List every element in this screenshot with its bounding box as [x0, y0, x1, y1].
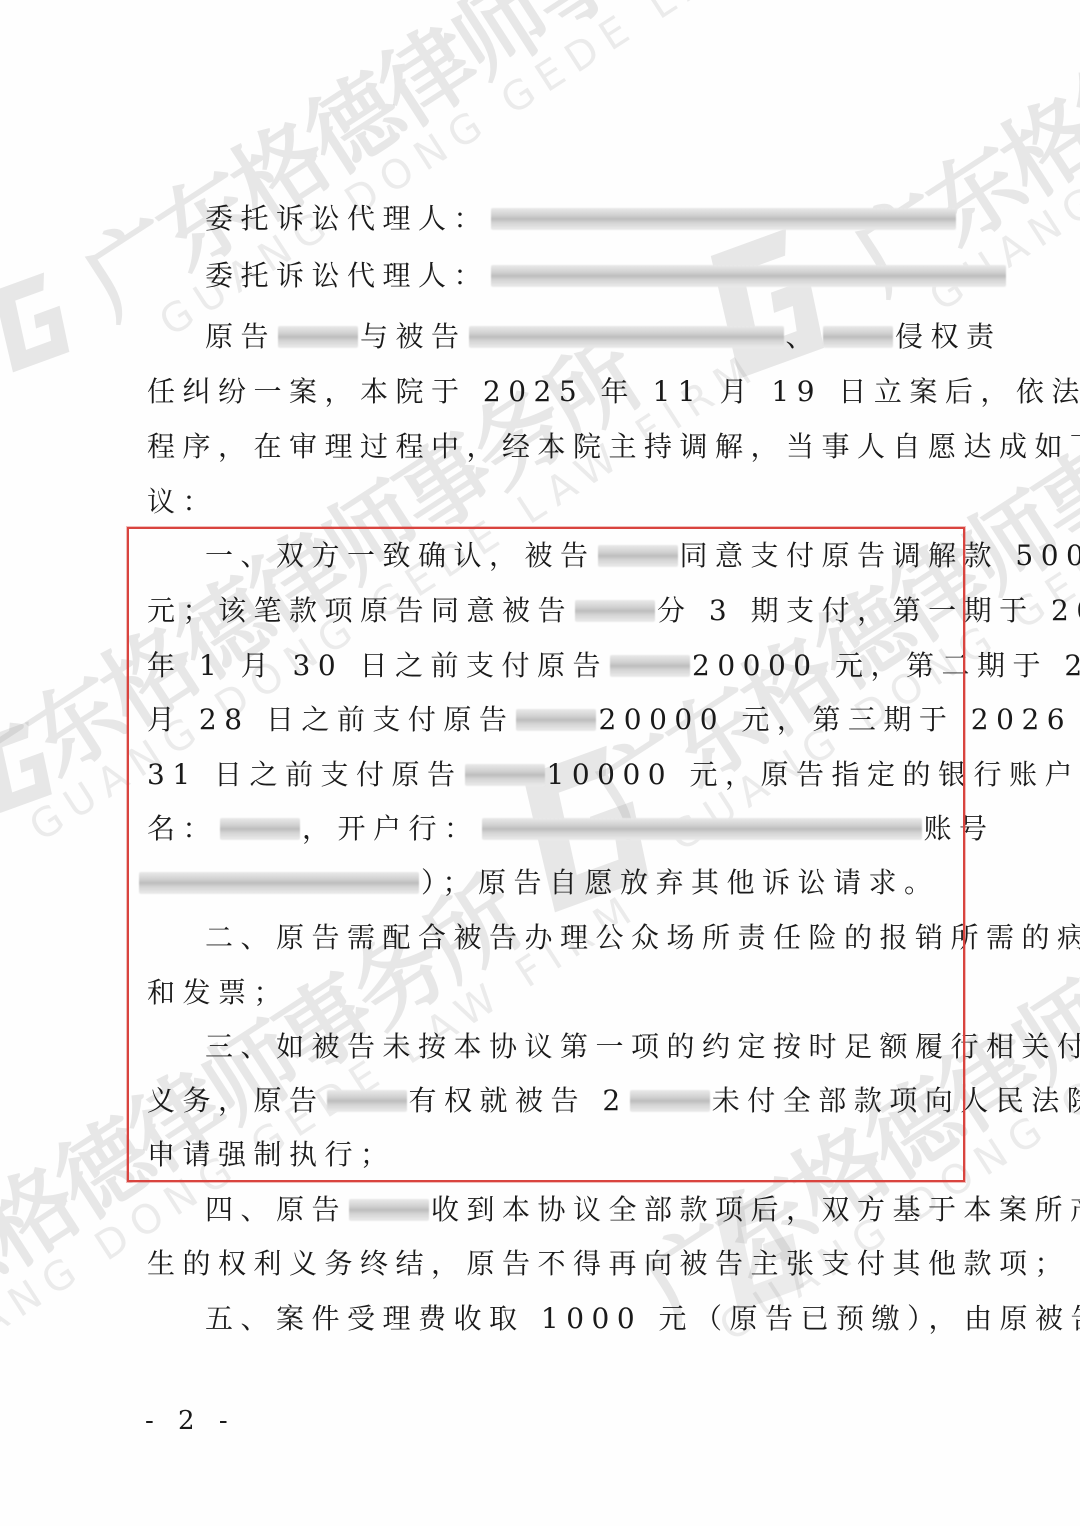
item3-line-1: 三、如被告未按本协议第一项的约定按时足额履行相关付款 — [205, 1033, 1080, 1061]
gede-logo-icon — [690, 215, 870, 385]
agent-line-1: 委托诉讼代理人： — [205, 205, 958, 233]
document-page: 广东格德律师事务所 GUANG DONG GEDE LAW FIRM 广东格德律… — [0, 0, 1080, 1526]
redacted-plaintiff — [465, 764, 545, 786]
intro-line-3: 程序，在审理过程中，经本院主持调解，当事人自愿达成如下协 — [147, 433, 1080, 461]
redacted-plaintiff — [516, 709, 596, 731]
redacted-agent-name — [491, 265, 1006, 287]
item1-line-6: 名：，开户行：账号 — [147, 815, 995, 843]
redacted-defendant — [575, 600, 655, 622]
intro-line-4: 议： — [147, 488, 218, 516]
item5-line-1: 五、案件受理费收取 1000 元（原告已预缴），由原被告各 — [205, 1305, 1080, 1333]
intro-line-1: 原告与被告、侵权责 — [205, 323, 1002, 351]
page-number: - 2 - — [145, 1406, 236, 1436]
item2-line-2: 和发票； — [147, 979, 289, 1007]
item2-line-1: 二、原告需配合被告办理公众场所责任险的报销所需的病历 — [205, 924, 1080, 952]
item1-line-2: 元；该笔款项原告同意被告分 3 期支付，第一期于 2026 — [147, 597, 1080, 625]
redacted-account-number — [139, 872, 419, 894]
redacted-plaintiff — [610, 655, 690, 677]
watermark-middle-right: 广东格德律师事务所 GUANG DONG GEDE LAW FIRM — [580, 280, 1080, 883]
intro-line-2: 任纠纷一案，本院于 2025 年 11 月 19 日立案后，依法适用简易 — [147, 378, 1080, 406]
agent-label: 委托诉讼代理人： — [205, 259, 489, 292]
item1-line-1: 一、双方一致确认，被告同意支付原告调解款 50000 — [205, 542, 1080, 570]
redacted-plaintiff — [349, 1199, 429, 1221]
watermark-top-right: 广东格德律师事务所 GUANG DONG GEDE LAW FIRM — [840, 0, 1080, 342]
watermark-top-left: 广东格德律师事务所 GUANG DONG GEDE LAW FIRM — [70, 0, 898, 367]
redacted-plaintiff — [278, 326, 358, 348]
agent-line-2: 委托诉讼代理人： — [205, 262, 1008, 290]
agent-label: 委托诉讼代理人： — [205, 202, 489, 235]
redacted-defendant — [630, 1090, 710, 1112]
item4-line-2: 生的权利义务终结，原告不得再向被告主张支付其他款项； — [147, 1250, 1070, 1278]
item1-line-3: 年 1 月 30 日之前支付原告20000 元，第二期于 2026 年 2 — [147, 652, 1080, 680]
item3-line-3: 申请强制执行； — [147, 1141, 396, 1169]
item1-line-7: ）；原告自愿放弃其他诉讼请求。 — [137, 869, 940, 897]
redacted-defendant-1 — [469, 326, 784, 348]
redacted-plaintiff — [327, 1090, 407, 1112]
item1-line-5: 31 日之前支付原告10000 元，原告指定的银行账户（户 — [147, 761, 1080, 789]
item4-line-1: 四、原告收到本协议全部款项后，双方基于本案所产 — [205, 1196, 1080, 1224]
item3-line-2: 义务，原告有权就被告 2未付全部款项向人民法院 — [147, 1087, 1080, 1115]
redacted-defendant — [598, 545, 678, 567]
redacted-bank-name — [482, 818, 922, 840]
gede-logo-icon — [0, 700, 80, 830]
redacted-account-name — [220, 818, 300, 840]
watermark-lower-right: 广东格德律师事务所 GUANG DONG GEDE LAW FIRM — [630, 770, 1080, 1373]
item1-line-4: 月 28 日之前支付原告20000 元，第三期于 2026 年 3 月 — [147, 706, 1080, 734]
redacted-agent-name — [491, 208, 956, 230]
redacted-defendant-2 — [823, 326, 893, 348]
gede-logo-icon — [0, 250, 100, 390]
